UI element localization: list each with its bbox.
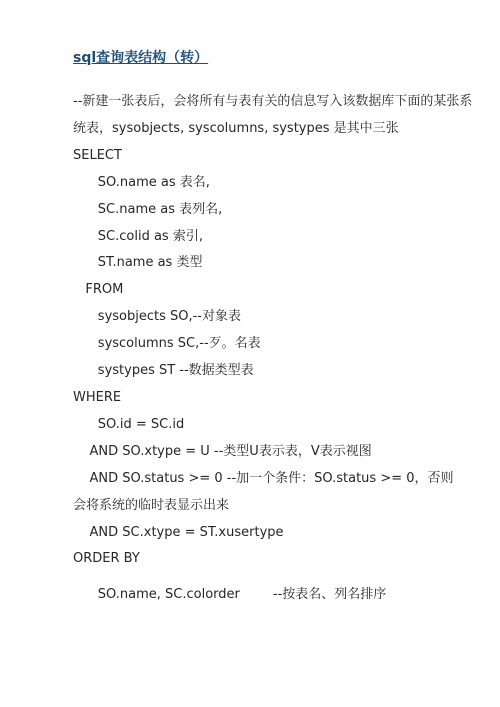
- document-canvas: { "page": { "background": "#ffffff", "te…: [0, 0, 500, 707]
- sql-orderby-keyword: ORDER BY: [73, 546, 463, 573]
- intro-line-2: 统表，sysobjects, syscolumns, systypes 是其中三…: [73, 116, 463, 143]
- from-table-systypes: systypes ST --数据类型表: [73, 358, 463, 385]
- where-condition-status-wrap: 会将系统的临时表显示出来: [73, 493, 463, 520]
- intro-line-1: --新建一张表后，会将所有与表有关的信息写入该数据库下面的某张系: [73, 89, 463, 116]
- from-table-sysobjects: sysobjects SO,--对象表: [73, 304, 463, 331]
- where-condition-id: SO.id = SC.id: [73, 412, 463, 439]
- sql-from-keyword: FROM: [73, 277, 463, 304]
- orderby-columns-line: SO.name, SC.colorder --按表名、列名排序: [73, 582, 463, 609]
- select-column-type: ST.name as 类型: [73, 250, 463, 277]
- select-column-colid: SC.colid as 索引,: [73, 224, 463, 251]
- where-condition-xtype: AND SO.xtype = U --类型U表示表，V表示视图: [73, 439, 463, 466]
- from-table-syscolumns: syscolumns SC,--歹。名表: [73, 331, 463, 358]
- document-body: sql查询表结构（转） --新建一张表后，会将所有与表有关的信息写入该数据库下面…: [73, 45, 463, 609]
- title-row: sql查询表结构（转）: [73, 45, 463, 72]
- sql-select-keyword: SELECT: [73, 143, 463, 170]
- where-condition-xusertype: AND SC.xtype = ST.xusertype: [73, 520, 463, 547]
- where-condition-status: AND SO.status >= 0 --加一个条件：SO.status >= …: [73, 466, 463, 493]
- select-column-column-name: SC.name as 表列名,: [73, 197, 463, 224]
- select-column-table-name: SO.name as 表名,: [73, 170, 463, 197]
- title-link[interactable]: sql查询表结构（转）: [73, 45, 208, 72]
- sql-where-keyword: WHERE: [73, 385, 463, 412]
